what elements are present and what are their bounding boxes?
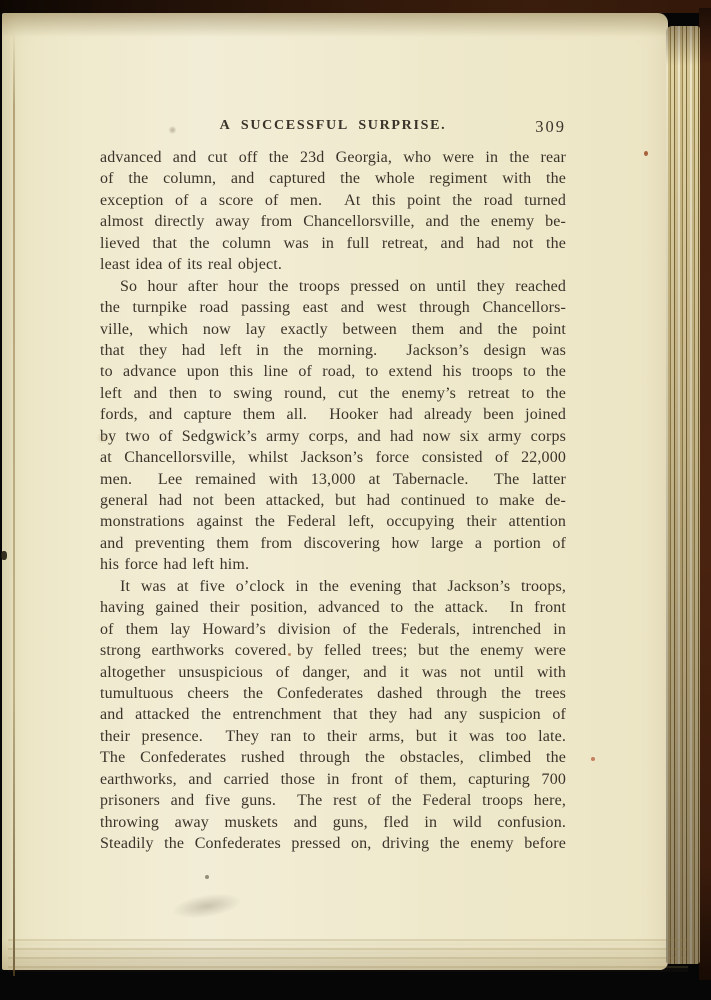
text-line: exception of a score of men. At this poi… — [100, 190, 566, 211]
text-line: having gained their position, advanced t… — [100, 597, 566, 618]
text-line: men. Lee remained with 13,000 at Taberna… — [100, 469, 566, 490]
text-line: lieved that the column was in full retre… — [100, 233, 566, 254]
text-line: monstrations against the Federal left, o… — [100, 511, 566, 532]
foxing-speck — [288, 653, 291, 656]
text-line: left and then to swing round, cut the en… — [100, 383, 566, 404]
text-line: So hour after hour the troops pressed on… — [100, 276, 566, 297]
body-text: advanced and cut off the 23d Georgia, wh… — [100, 147, 566, 854]
foxing-speck — [591, 757, 595, 761]
text-line: altogether unsuspicious of danger, and i… — [100, 662, 566, 683]
text-line: to advance upon this line of road, to ex… — [100, 361, 566, 382]
text-line: his force had left him. — [100, 554, 566, 575]
text-line: advanced and cut off the 23d Georgia, wh… — [100, 147, 566, 168]
paper-smudge — [205, 875, 209, 879]
text-line: and preventing them from discovering how… — [100, 533, 566, 554]
text-line: ville, which now lay exactly between the… — [100, 319, 566, 340]
text-line: earthworks, and carried those in front o… — [100, 769, 566, 790]
book-cover-top-edge — [0, 0, 711, 13]
text-line: at Chancellorsville, whilst Jackson’s fo… — [100, 447, 566, 468]
text-line: of them lay Howard’s division of the Fed… — [100, 619, 566, 640]
edge-blemish — [1, 551, 7, 560]
text-line: of the column, and captured the whole re… — [100, 168, 566, 189]
text-line: Steadily the Confederates pressed on, dr… — [100, 833, 566, 854]
text-line: by two of Sedgwick’s army corps, and had… — [100, 426, 566, 447]
text-line: least idea of its real object. — [100, 254, 566, 275]
text-line: their presence. They ran to their arms, … — [100, 726, 566, 747]
page-gutter-crease — [13, 31, 15, 976]
text-line: It was at five o’clock in the evening th… — [100, 576, 566, 597]
text-line: The Confederates rushed through the obst… — [100, 747, 566, 768]
text-line: strong earthworks covered by felled tree… — [100, 640, 566, 661]
text-line: general had not been attacked, but had c… — [100, 490, 566, 511]
page-bottom-edges — [8, 936, 688, 972]
text-line: the turnpike road passing east and west … — [100, 297, 566, 318]
paper-smudge — [96, 432, 110, 444]
page-number: 309 — [535, 117, 566, 137]
text-line: and attacked the entrenchment that they … — [100, 704, 566, 725]
book-cover-right-edge — [699, 8, 711, 980]
text-block: A SUCCESSFUL SURPRISE. 309 advanced and … — [100, 118, 566, 854]
text-line: throwing away muskets and guns, fled in … — [100, 812, 566, 833]
text-line: prisoners and five guns. The rest of the… — [100, 790, 566, 811]
text-line: fords, and capture them all. Hooker had … — [100, 404, 566, 425]
text-line: tumultuous cheers the Confederates dashe… — [100, 683, 566, 704]
page-edges-stack — [666, 26, 700, 964]
foxing-speck — [644, 151, 648, 156]
text-line: almost directly away from Chancellorsvil… — [100, 211, 566, 232]
text-line: that they had left in the morning. Jacks… — [100, 340, 566, 361]
paper-smudge — [168, 126, 177, 134]
